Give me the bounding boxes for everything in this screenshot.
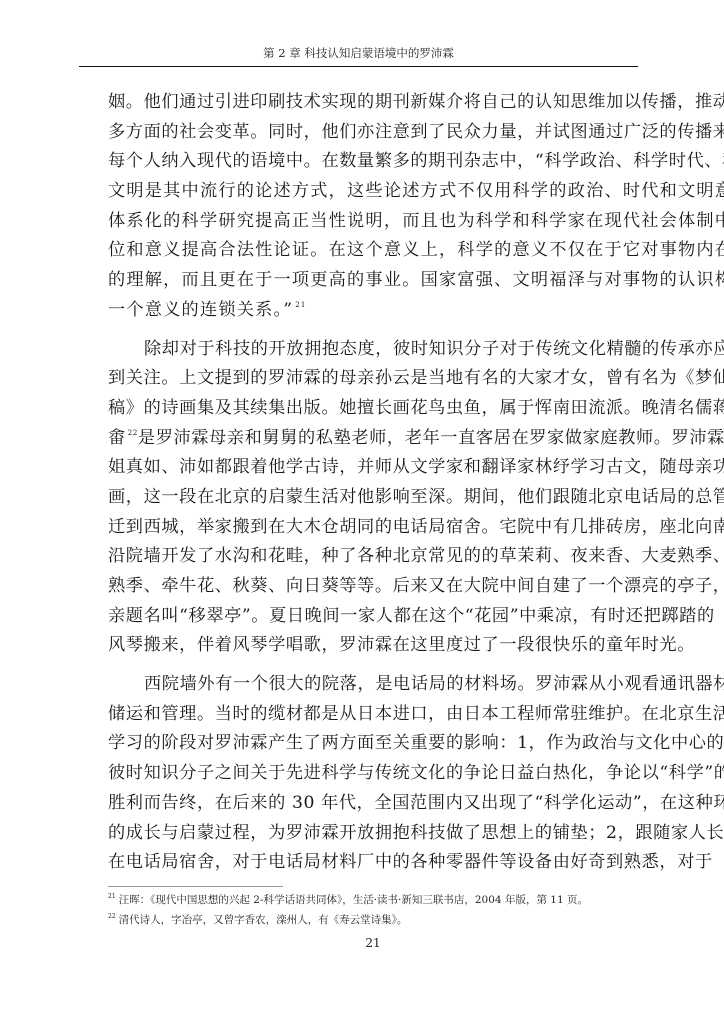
- text-line: 除却对于科技的开放拥抱态度，彼时知识分子对于传统文化精髓的传承亦应受: [108, 335, 638, 365]
- text-line: 熟季、牵牛花、秋葵、向日葵等等。后来又在大院中间自建了一个漂亮的亭子，父: [108, 572, 638, 602]
- quote-line: 文明是其中流行的论述方式，这些论述方式不仅用科学的政治、时代和文明意义为: [108, 177, 638, 207]
- text-line: 迁到西城，举家搬到在大木仓胡同的电话局宿舍。宅院中有几排砖房，座北向南。: [108, 513, 638, 543]
- text-line: 稿》的诗画集及其续集出版。她擅长画花鸟虫鱼，属于恽南田流派。晚清名儒蒋兰: [108, 394, 638, 424]
- quote-line: 体系化的科学研究提高正当性说明，而且也为科学和科学家在现代社会体制中的地: [108, 207, 638, 237]
- footnote-rule: [108, 886, 283, 887]
- text-line: 到关注。上文提到的罗沛霖的母亲孙云是当地有名的大家才女，曾有名为《梦仙诗: [108, 364, 638, 394]
- text-line: 姻。他们通过引进印刷技术实现的期刊新媒介将自己的认知思维加以传播，推动了: [108, 88, 638, 118]
- text-line: 的成长与启蒙过程，为罗沛霖开放拥抱科技做了思想上的铺垫；2，跟随家人长期居住: [108, 819, 638, 849]
- quote-line: 一个意义的连锁关系。”21: [108, 296, 638, 326]
- text-line: 西院墙外有一个很大的院落，是电话局的材料场。罗沛霖从小观看通讯器材的: [108, 670, 638, 700]
- text-line: 每个人纳入现代的语境中。在数量繁多的期刊杂志中，“科学政治、科学时代、科学: [108, 147, 638, 177]
- paragraph-2: 除却对于科技的开放拥抱态度，彼时知识分子对于传统文化精髓的传承亦应受 到关注。上…: [108, 335, 638, 662]
- text-line: 彼时知识分子之间关于先进科学与传统文化的争论日益白热化，争论以“科学”的: [108, 759, 638, 789]
- text-line: 学习的阶段对罗沛霖产生了两方面至关重要的影响：1，作为政治与文化中心的北京，: [108, 729, 638, 759]
- text-line: 畬22是罗沛霖母亲和舅舅的私塾老师，老年一直客居在罗家做家庭教师。罗沛霖与姐: [108, 424, 638, 454]
- header-rule: [79, 66, 638, 67]
- footnote-number: 21: [108, 893, 116, 900]
- page-number: 21: [340, 936, 406, 950]
- footnote-text: 清代诗人，字冶亭，又曾字香农，滦州人，有《寿云堂诗集》。: [119, 914, 408, 926]
- quote-end-text: 一个意义的连锁关系。”: [108, 300, 293, 320]
- footnote-22: 22清代诗人，字冶亭，又曾字香农，滦州人，有《寿云堂诗集》。: [108, 910, 648, 930]
- text-line: 胜利而告终，在后来的 30 年代，全国范围内又出现了“科学化运动”，在这种环境中: [108, 789, 638, 819]
- quote-line: 位和意义提高合法性论证。在这个意义上，科学的意义不仅在于它对事物内在规律: [108, 236, 638, 266]
- quote-line: 的理解，而且更在于一项更高的事业。国家富强、文明福泽与对事物的认识构成了: [108, 266, 638, 296]
- footnote-text: 汪晖：《现代中国思想的兴起 2-科学话语共同体》，生活·读书·新知三联书店，20…: [119, 894, 588, 906]
- text-fragment: 是罗沛霖母亲和舅舅的私塾老师，老年一直客居在罗家做家庭教师。罗沛霖与姐: [138, 428, 724, 448]
- text-line: 亲题名叫“移翠亭”。夏日晚间一家人都在这个“花园”中乘凉，有时还把踯踏的: [108, 602, 638, 632]
- footnote-ref-22[interactable]: 22: [128, 429, 138, 437]
- footnote-number: 22: [108, 913, 116, 920]
- text-line: 风琴搬来，伴着风琴学唱歌，罗沛霖在这里度过了一段很快乐的童年时光。: [108, 631, 638, 661]
- text-line: 在电话局宿舍，对于电话局材料厂中的各种零器件等设备由好奇到熟悉，对于: [108, 848, 638, 878]
- text-fragment: 畬: [108, 428, 126, 448]
- footnote-21: 21汪晖：《现代中国思想的兴起 2-科学话语共同体》，生活·读书·新知三联书店，…: [108, 890, 648, 910]
- footnotes: 21汪晖：《现代中国思想的兴起 2-科学话语共同体》，生活·读书·新知三联书店，…: [108, 890, 648, 930]
- text-line: 储运和管理。当时的缆材都是从日本进口，由日本工程师常驻维护。在北京生活、: [108, 700, 638, 730]
- footnote-ref-21[interactable]: 21: [295, 301, 306, 309]
- text-line: 姐真如、沛如都跟着他学古诗，并师从文学家和翻译家林纾学习古文，随母亲功诗: [108, 453, 638, 483]
- paragraph-3: 西院墙外有一个很大的院落，是电话局的材料场。罗沛霖从小观看通讯器材的 储运和管理…: [108, 670, 638, 878]
- text-line: 画，这一段在北京的启蒙生活对他影响至深。期间，他们跟随北京电话局的总管理: [108, 483, 638, 513]
- running-header: 第 2 章 科技认知启蒙语境中的罗沛霖: [79, 44, 638, 62]
- body-text: 姻。他们通过引进印刷技术实现的期刊新媒介将自己的认知思维加以传播，推动了 多方面…: [108, 88, 638, 878]
- paragraph-1: 姻。他们通过引进印刷技术实现的期刊新媒介将自己的认知思维加以传播，推动了 多方面…: [108, 88, 638, 326]
- text-line: 多方面的社会变革。同时，他们亦注意到了民众力量，并试图通过广泛的传播来将: [108, 118, 638, 148]
- text-line: 沿院墙开发了水沟和花畦，种了各种北京常见的的草茉莉、夜来香、大麦熟季、小麦: [108, 542, 638, 572]
